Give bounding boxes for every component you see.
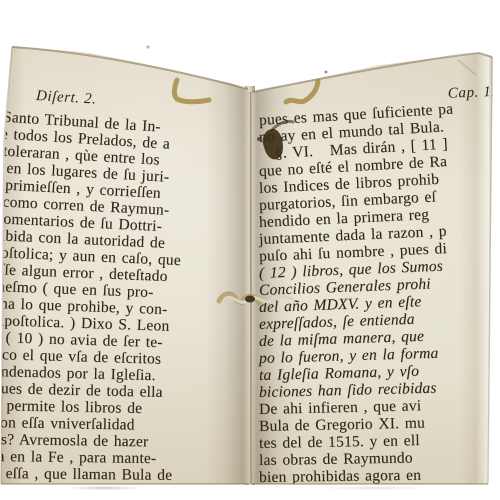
paper-speck [146,45,149,48]
right-page-text: Cap. 1. pues es mas que ſuficiente pano … [254,92,500,486]
book-drop-shadow [300,485,450,491]
right-page-lines: pues es mas que ſuficiente pano ay en el… [254,112,500,486]
text-line: e eſſa , que llaman Bula de [0,465,252,485]
text-line: bien prohibidas agora en [259,466,500,486]
left-page-lines: l Santo Tribunal de la In-de todos los P… [0,108,252,482]
paper-speck [325,71,328,74]
book-photo: Diſert. 2. l Santo Tribunal de la In-de … [0,0,500,500]
book-drop-shadow [52,485,157,491]
left-page-text: Diſert. 2. l Santo Tribunal de la In-de … [0,86,252,482]
